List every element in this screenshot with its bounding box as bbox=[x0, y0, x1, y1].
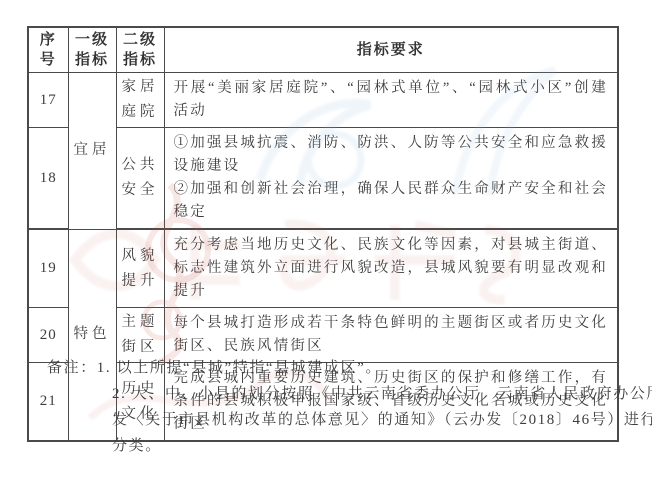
table-row: 18 公共 安全 ①加强县城抗震、消防、防洪、人防等公共安全和应急救援设施建设 … bbox=[28, 128, 618, 230]
indicator-table: 序 号 一级 指标 二级 指标 指标要求 17 宜居 家居 庭院 开展“美丽家居… bbox=[27, 26, 619, 442]
header-level2-indicator: 二级 指标 bbox=[116, 27, 164, 73]
table-header-row: 序 号 一级 指标 二级 指标 指标要求 bbox=[28, 27, 618, 73]
serial-number-cell: 18 bbox=[28, 128, 68, 230]
header-serial-number: 序 号 bbox=[28, 27, 68, 73]
serial-number-cell: 20 bbox=[28, 308, 68, 363]
level2-cell: 风貌 提升 bbox=[116, 229, 164, 308]
document-page: 序 号 一级 指标 二级 指标 指标要求 17 宜居 家居 庭院 开展“美丽家居… bbox=[0, 0, 652, 481]
level2-cell: 主题 街区 bbox=[116, 308, 164, 363]
footnote-line-3: 发〈关于市县机构改革的总体意见〉的通知》（云办发〔2018〕46号）进行 bbox=[112, 409, 652, 431]
requirement-cell: 每个县城打造形成若干条特色鲜明的主题街区或者历史文化街区、民族风情街区 bbox=[164, 308, 618, 363]
footnote-line-1: 备注：1. 以上所提“县城”特指“县城建成区”。 bbox=[47, 357, 382, 379]
level1-group-cell: 宜居 bbox=[68, 73, 116, 230]
requirement-cell: ①加强县城抗震、消防、防洪、人防等公共安全和应急救援设施建设 ②加强和创新社会治… bbox=[164, 128, 618, 230]
table-row: 19 特色 风貌 提升 充分考虑当地历史文化、民族文化等因素，对县城主街道、标志… bbox=[28, 229, 618, 308]
requirement-cell: 充分考虑当地历史文化、民族文化等因素，对县城主街道、标志性建筑外立面进行风貌改造… bbox=[164, 229, 618, 308]
level2-cell: 公共 安全 bbox=[116, 128, 164, 230]
serial-number-cell: 19 bbox=[28, 229, 68, 308]
header-requirement: 指标要求 bbox=[164, 27, 618, 73]
table-row: 17 宜居 家居 庭院 开展“美丽家居庭院”、“园林式单位”、“园林式小区”创建… bbox=[28, 73, 618, 128]
level2-cell: 家居 庭院 bbox=[116, 73, 164, 128]
requirement-cell: 开展“美丽家居庭院”、“园林式单位”、“园林式小区”创建活动 bbox=[164, 73, 618, 128]
header-level1-indicator: 一级 指标 bbox=[68, 27, 116, 73]
serial-number-cell: 17 bbox=[28, 73, 68, 128]
table-row: 20 主题 街区 每个县城打造形成若干条特色鲜明的主题街区或者历史文化街区、民族… bbox=[28, 308, 618, 363]
footnote-line-4: 分类。 bbox=[112, 435, 162, 457]
level1-group-cell: 特色 bbox=[68, 229, 116, 441]
footnote-line-2: 2. 大、中、小县的划分按照《中共云南省委办公厅 云南省人民政府办公厅印 bbox=[112, 383, 652, 405]
